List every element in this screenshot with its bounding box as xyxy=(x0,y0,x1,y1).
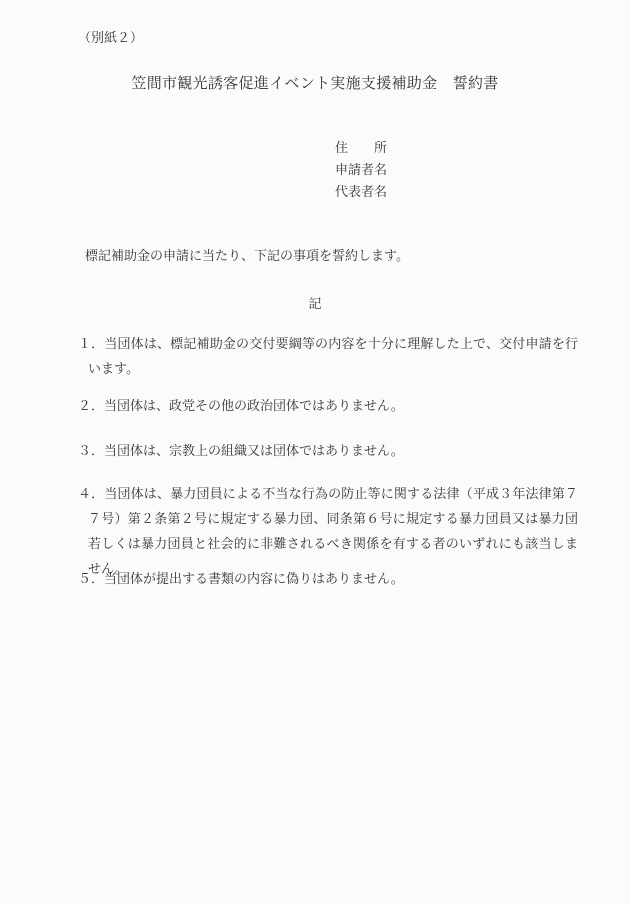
signature-block: 住 所 申請者名 代表者名 xyxy=(335,138,387,204)
pledge-item-3-number: ３． xyxy=(78,444,104,459)
intro-paragraph: 標記補助金の申請に当たり、下記の事項を誓約します。 xyxy=(85,244,585,269)
pledge-item-4-text: 当団体は、暴力団員による不当な行為の防止等に関する法律（平成３年法律第７７号）第… xyxy=(88,487,578,577)
pledge-item-5-text: 当団体が提出する書類の内容に偽りはありません。 xyxy=(104,572,404,587)
pledge-item-4-number: ４． xyxy=(78,487,104,502)
document-title: 笠間市観光誘客促進イベント実施支援補助金 誓約書 xyxy=(0,73,630,93)
pledge-item-2-text: 当団体は、政党その他の政治団体ではありません。 xyxy=(104,399,404,414)
list-heading: 記 xyxy=(0,292,630,317)
document-page: （別紙２） 笠間市観光誘客促進イベント実施支援補助金 誓約書 住 所 申請者名 … xyxy=(0,0,630,903)
pledge-item-2-number: ２． xyxy=(78,399,104,414)
pledge-item-1-number: １． xyxy=(78,337,104,352)
pledge-item-3: ３．当団体は、宗教上の組織又は団体ではありません。 xyxy=(78,439,578,464)
pledge-item-1: １．当団体は、標記補助金の交付要綱等の内容を十分に理解した上で、交付申請を行いま… xyxy=(78,332,578,382)
address-label: 住 所 xyxy=(335,138,387,160)
pledge-item-5-number: ５． xyxy=(78,572,104,587)
applicant-name-label: 申請者名 xyxy=(335,160,387,182)
attachment-label: （別紙２） xyxy=(78,29,143,49)
pledge-item-5: ５．当団体が提出する書類の内容に偽りはありません。 xyxy=(78,567,578,592)
pledge-item-2: ２．当団体は、政党その他の政治団体ではありません。 xyxy=(78,394,578,419)
representative-name-label: 代表者名 xyxy=(335,182,387,204)
pledge-item-1-text: 当団体は、標記補助金の交付要綱等の内容を十分に理解した上で、交付申請を行います。 xyxy=(88,337,578,377)
pledge-item-3-text: 当団体は、宗教上の組織又は団体ではありません。 xyxy=(104,444,404,459)
